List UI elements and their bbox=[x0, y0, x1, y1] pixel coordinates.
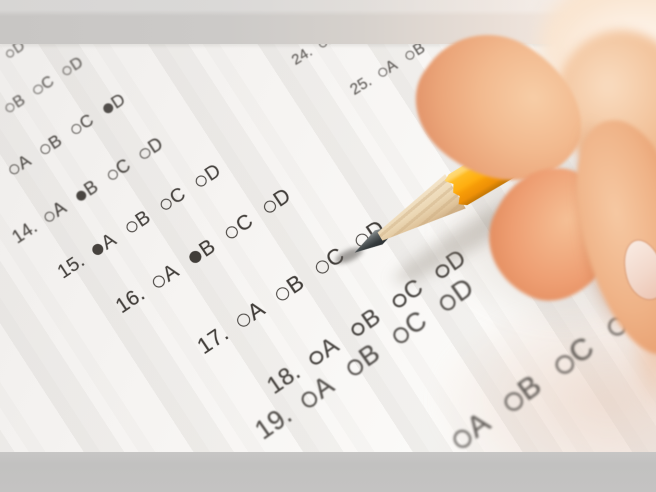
photo-answer-sheet: ABCDABCDABCD14.ABCD15.ABCD16.ABCD17.ABCD… bbox=[0, 0, 656, 492]
bottom-gray-bar bbox=[0, 452, 656, 492]
